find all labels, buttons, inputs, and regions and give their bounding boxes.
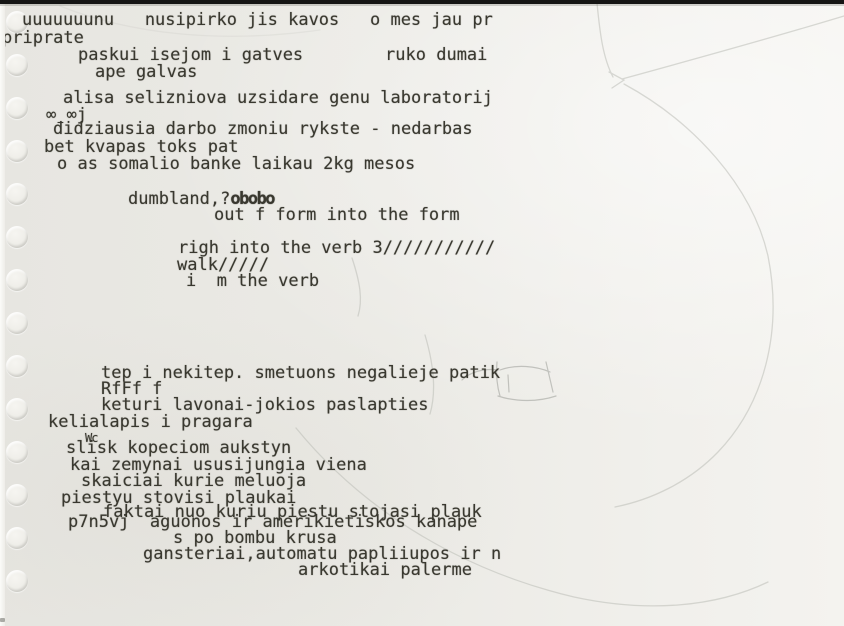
paper-left-edge xyxy=(0,0,5,626)
typed-line: ape galvas xyxy=(95,64,197,81)
typed-text: sl xyxy=(66,438,86,458)
typed-line: alisa selizniova uzsidare genu laborator… xyxy=(63,90,493,107)
typed-line: priprate xyxy=(2,30,84,47)
typed-line: arkotikai palerme xyxy=(298,562,472,579)
overstruck-superscript: Wc xyxy=(85,432,97,444)
overstrike-text: obobo xyxy=(230,189,274,209)
typed-line: out f form into the form xyxy=(214,207,460,224)
typed-line: đidziausia darbo zmoniu rykste - nedarba… xyxy=(53,121,473,138)
typed-line-slisk: slWcisk kopeciom aukstyn xyxy=(66,440,844,457)
typed-text: dumbland,? xyxy=(128,189,230,209)
typed-line: kelialapis i pragara xyxy=(48,414,253,431)
typed-line: o as somalio banke laikau 2kg mesos xyxy=(57,156,415,173)
scanner-edge-shadow xyxy=(0,4,844,6)
scanned-page: uuuuuuunu nusipirko jis kavos o mes jau … xyxy=(0,0,844,626)
typed-line: uuuuuuunu nusipirko jis kavos o mes jau … xyxy=(22,12,493,29)
scan-artifact-speck xyxy=(0,618,5,622)
typed-text: isk kopeciom aukstyn xyxy=(86,438,291,458)
typed-text-layer: uuuuuuunu nusipirko jis kavos o mes jau … xyxy=(0,0,844,626)
typed-line: i m the verb xyxy=(186,273,319,290)
typed-line-dumbland: dumbland,?obobo xyxy=(128,191,274,208)
